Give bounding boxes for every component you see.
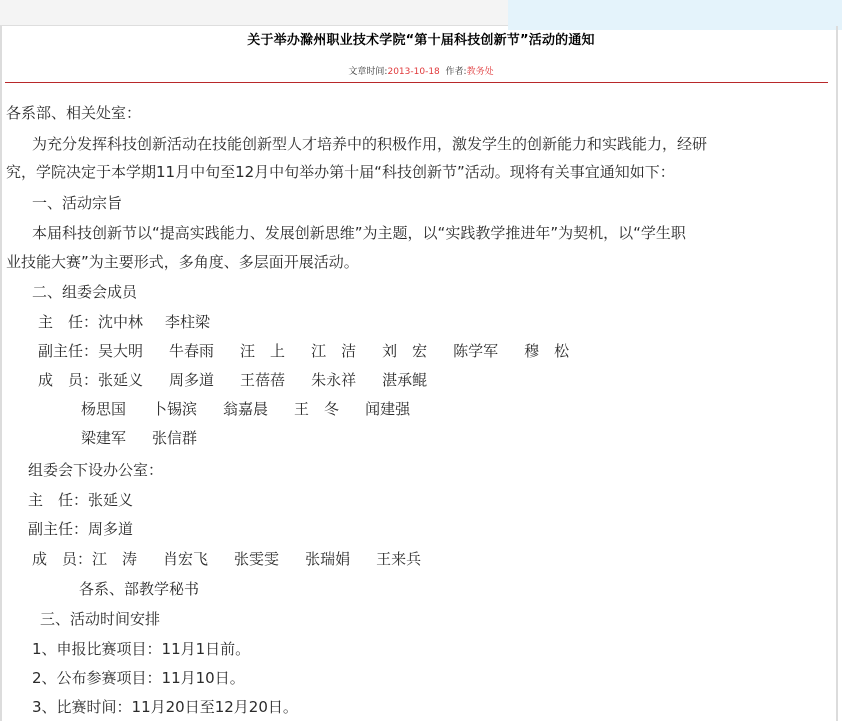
deputy-name: 穆 松 <box>524 342 569 360</box>
member-name: 王蓓蓓 <box>240 371 285 389</box>
director-label: 主 任： <box>38 313 98 331</box>
committee-director-row: 主 任：沈中林李柱梁 <box>38 311 210 333</box>
office-deputy-label: 副主任： <box>28 520 88 538</box>
deputy-name: 陈学军 <box>453 342 498 360</box>
intro-paragraph-line-2: 究，学院决定于本学期11月中旬至12月中旬举办第十届“科技创新节”活动。现将有关… <box>6 161 675 183</box>
section1-line-2: 业技能大赛”为主要形式，多角度、多层面开展活动。 <box>6 251 359 273</box>
committee-deputy-row: 副主任：吴大明牛春雨汪 上江 洁刘 宏陈学军穆 松 <box>38 340 569 362</box>
section2-heading: 二、组委会成员 <box>32 281 137 303</box>
committee-members-row-3: 梁建军张信群 <box>81 427 197 449</box>
member-name: 卜锡滨 <box>152 400 197 418</box>
deputy-name: 江 洁 <box>311 342 356 360</box>
member-name: 江 涛 <box>92 550 137 568</box>
member-name: 翁嘉晨 <box>223 400 268 418</box>
deputy-name: 牛春雨 <box>169 342 214 360</box>
member-name: 张雯雯 <box>234 550 279 568</box>
browser-toolbar-area <box>0 0 508 26</box>
members-label: 成 员： <box>38 371 98 389</box>
member-name: 肖宏飞 <box>163 550 208 568</box>
member-name: 王来兵 <box>376 550 421 568</box>
section1-heading: 一、活动宗旨 <box>32 192 122 214</box>
committee-members-row-1: 成 员：张延义周多道王蓓蓓朱永祥湛承鲲 <box>38 369 427 391</box>
article-title: 关于举办滁州职业技术学院“第十届科技创新节”活动的通知 <box>0 29 842 48</box>
intro-paragraph-line-1: 为充分发挥科技创新活动在技能创新型人才培养中的积极作用，激发学生的创新能力和实践… <box>32 133 707 155</box>
deputy-name: 吴大明 <box>98 342 143 360</box>
author-label: 作者: <box>446 67 467 77</box>
member-name: 张瑞娟 <box>305 550 350 568</box>
office-members-label: 成 员： <box>32 550 92 568</box>
office-heading: 组委会下设办公室： <box>28 459 163 481</box>
office-members-row: 成 员：江 涛肖宏飞张雯雯张瑞娟王来兵 <box>32 548 421 570</box>
director-name: 沈中林 <box>98 313 143 331</box>
article-meta: 文章时间:2013-10-18 作者:教务处 <box>0 64 842 77</box>
section1-line-1: 本届科技创新节以“提高实践能力、发展创新思维”为主题，以“实践教学推进年”为契机… <box>32 222 686 244</box>
member-name: 梁建军 <box>81 429 126 447</box>
office-deputy-row: 副主任：周多道 <box>28 518 133 540</box>
schedule-item: 3、比赛时间：11月20日至12月20日。 <box>32 696 298 718</box>
member-name: 闻建强 <box>365 400 410 418</box>
salutation: 各系部、相关处室： <box>6 102 141 124</box>
member-name: 周多道 <box>169 371 214 389</box>
member-name: 王 冬 <box>294 400 339 418</box>
title-divider <box>5 82 828 83</box>
schedule-item: 2、公布参赛项目：11月10日。 <box>32 667 245 689</box>
member-name: 张延义 <box>98 371 143 389</box>
office-director-name: 张延义 <box>88 491 133 509</box>
author-name: 教务处 <box>467 67 494 77</box>
schedule-item: 1、申报比赛项目：11月1日前。 <box>32 638 250 660</box>
office-director-row: 主 任：张延义 <box>28 489 133 511</box>
committee-members-row-2: 杨思国卜锡滨翁嘉晨王 冬闻建强 <box>81 398 410 420</box>
time-label: 文章时间: <box>348 67 387 77</box>
deputy-label: 副主任： <box>38 342 98 360</box>
deputy-name: 刘 宏 <box>382 342 427 360</box>
director-name: 李柱梁 <box>165 313 210 331</box>
office-director-label: 主 任： <box>28 491 88 509</box>
office-members-extra: 各系、部教学秘书 <box>79 578 199 600</box>
member-name: 朱永祥 <box>311 371 356 389</box>
member-name: 杨思国 <box>81 400 126 418</box>
deputy-name: 汪 上 <box>240 342 285 360</box>
publish-date: 2013-10-18 <box>387 67 439 77</box>
member-name: 张信群 <box>152 429 197 447</box>
office-deputy-name: 周多道 <box>88 520 133 538</box>
member-name: 湛承鲲 <box>382 371 427 389</box>
section3-heading: 三、活动时间安排 <box>40 608 160 630</box>
